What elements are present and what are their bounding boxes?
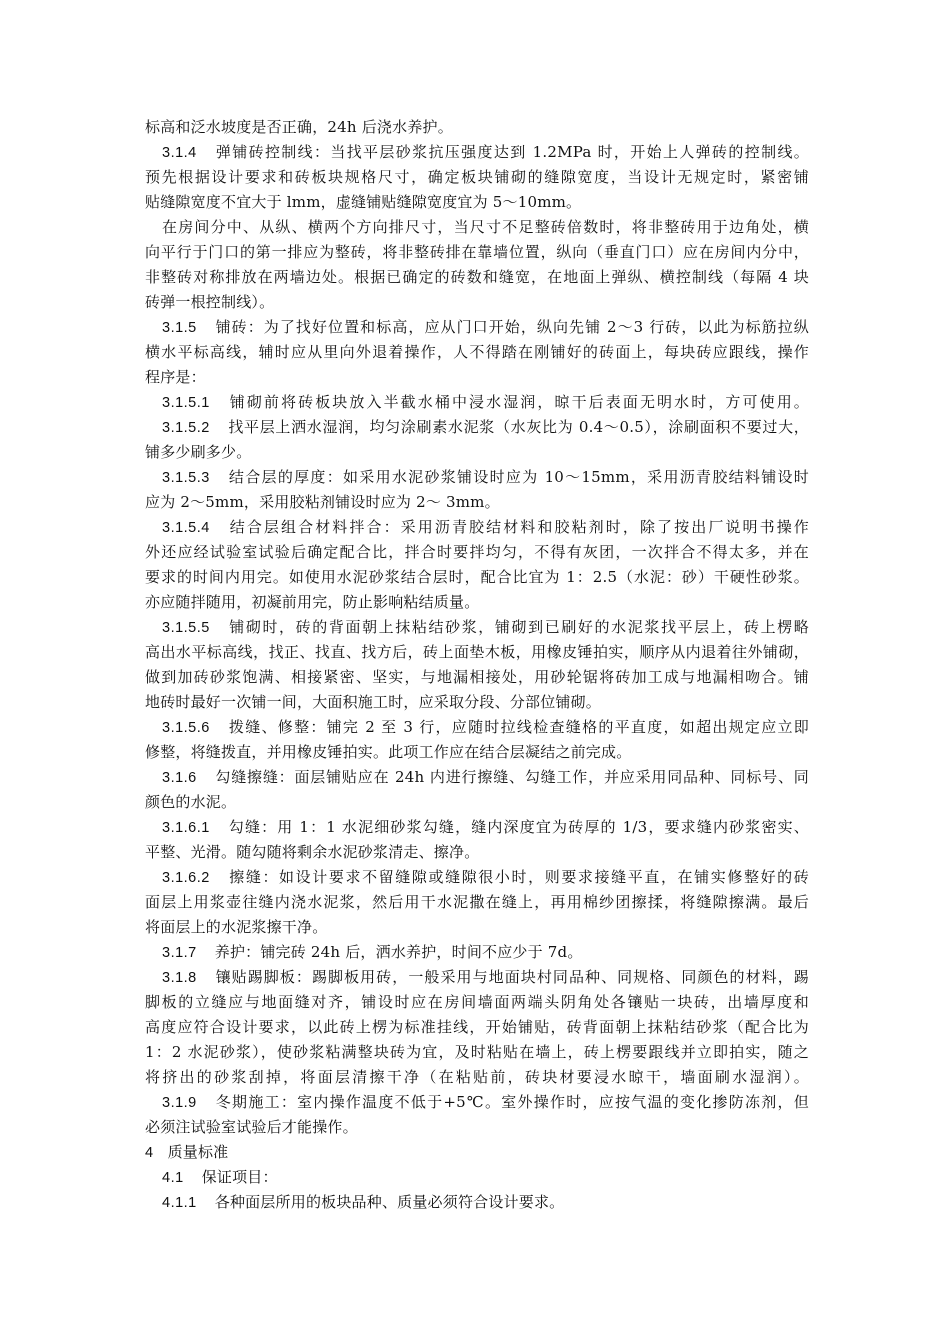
line-text: 镶贴踢脚板：踢脚板用砖，一般采用与地面块村同品种、同规格、同颜色的材料，踢	[215, 968, 809, 986]
line-text: 质量标准	[168, 1143, 229, 1161]
line-text: 各种面层所用的板块品种、质量必须符合设计要求。	[215, 1193, 565, 1211]
line-text: 保证项目：	[202, 1168, 278, 1186]
clause-number: 3.1.5.1	[162, 395, 210, 411]
line-text: 将挤出的砂浆刮掉，将面层清擦干净（在粘贴前，砖块材要浸水晾干，墙面刷水湿润）。	[145, 1068, 809, 1086]
clause-number: 3.1.5.6	[162, 720, 210, 736]
line-text: 脚板的立缝应与地面缝对齐，铺设时应在房间墙面两端头阴角处各镶贴一块砖，出墙厚度和	[145, 993, 809, 1011]
text-line: 平整、光滑。随勾随将剩余水泥砂浆清走、擦净。	[145, 842, 809, 862]
line-text: 将面层上的水泥浆擦干净。	[145, 918, 327, 936]
clause-line: 4.1.1各种面层所用的板块品种、质量必须符合设计要求。	[162, 1192, 809, 1213]
text-line: 预先根据设计要求和砖板块规格尺寸，确定板块铺砌的缝隙宽度，当设计无规定时，紧密铺	[145, 167, 809, 187]
text-line: 程序是：	[145, 367, 809, 387]
text-line: 将面层上的水泥浆擦干净。	[145, 917, 809, 937]
line-text: 铺多少刷多少。	[145, 443, 251, 461]
clause-line: 3.1.6勾缝擦缝：面层铺贴应在 24h 内进行擦缝、勾缝工作，并应采用同品种、…	[162, 767, 809, 788]
line-text: 1：2 水泥砂浆），使砂浆粘满整块砖为宜，及时粘贴在墙上，砖上楞要跟线并立即拍实…	[145, 1043, 809, 1061]
clause-number: 4.1.1	[162, 1195, 197, 1211]
line-text: 非整砖对称排放在两墙边处。根据已确定的砖数和缝宽，在地面上弹纵、横控制线（每隔 …	[145, 268, 809, 286]
text-line: 做到加砖砂浆饱满、相接紧密、坚实，与地漏相接处，用砂轮锯将砖加工成与地漏相吻合。…	[145, 667, 809, 687]
clause-line: 3.1.8镶贴踢脚板：踢脚板用砖，一般采用与地面块村同品种、同规格、同颜色的材料…	[162, 967, 809, 988]
document-page: 标高和泛水坡度是否正确，24h 后浇水养护。3.1.4弹铺砖控制线：当找平层砂浆…	[0, 0, 950, 1344]
line-text: 必须注试验室试验后才能操作。	[145, 1118, 358, 1136]
section-heading: 4质量标准	[145, 1142, 809, 1163]
clause-number: 3.1.5.2	[162, 420, 210, 436]
line-text: 拨缝、修整：铺完 2 至 3 行，应随时拉线检查缝格的平直度，如超出规定应立即	[228, 718, 809, 736]
text-line: 高度应符合设计要求，以此砖上楞为标准挂线，开始铺贴，砖背面朝上抹粘结砂浆（配合比…	[145, 1017, 809, 1037]
clause-number: 3.1.6.2	[162, 870, 210, 886]
clause-number: 3.1.7	[162, 945, 197, 961]
line-text: 面层上用浆壶往缝内浇水泥浆，然后用干水泥撒在缝上，再用棉纱团擦揉，将缝隙擦满。最…	[145, 893, 809, 911]
line-text: 冬期施工：室内操作温度不低于+5℃。室外操作时，应按气温的变化掺防冻剂，但	[215, 1093, 809, 1111]
line-text: 颜色的水泥。	[145, 793, 236, 811]
clause-line: 3.1.4弹铺砖控制线：当找平层砂浆抗压强度达到 1.2MPa 时，开始上人弹砖…	[162, 142, 809, 163]
line-text: 铺砌时，砖的背面朝上抹粘结砂浆，铺砌到已刷好的水泥浆找平层上，砖上楞略	[228, 618, 809, 636]
line-text: 在房间分中、从纵、横两个方向排尺寸，当尺寸不足整砖倍数时，将非整砖用于边角处，横	[162, 218, 809, 236]
line-text: 结合层的厚度：如采用水泥砂浆铺设时应为 10～15mm，采用沥青胶结料铺设时	[228, 468, 809, 486]
text-line: 外还应经试验室试验后确定配合比，拌合时要拌均匀，不得有灰团，一次拌合不得太多，并…	[145, 542, 809, 562]
clause-line: 3.1.5.6拨缝、修整：铺完 2 至 3 行，应随时拉线检查缝格的平直度，如超…	[162, 717, 809, 738]
text-line: 标高和泛水坡度是否正确，24h 后浇水养护。	[145, 117, 809, 137]
clause-line: 3.1.5.1铺砌前将砖板块放入半截水桶中浸水湿润，晾干后表面无明水时，方可使用…	[162, 392, 809, 413]
line-text: 砖弹一根控制线）。	[145, 293, 274, 311]
text-line: 1：2 水泥砂浆），使砂浆粘满整块砖为宜，及时粘贴在墙上，砖上楞要跟线并立即拍实…	[145, 1042, 809, 1062]
text-line: 修整，将缝拨直，并用橡皮锤拍实。此项工作应在结合层凝结之前完成。	[145, 742, 809, 762]
clause-number: 3.1.5.5	[162, 620, 210, 636]
clause-number: 3.1.5	[162, 320, 197, 336]
line-text: 修整，将缝拨直，并用橡皮锤拍实。此项工作应在结合层凝结之前完成。	[145, 743, 631, 761]
text-line: 应为 2～5mm，采用胶粘剂铺设时应为 2～ 3mm。	[145, 492, 809, 512]
text-line: 脚板的立缝应与地面缝对齐，铺设时应在房间墙面两端头阴角处各镶贴一块砖，出墙厚度和	[145, 992, 809, 1012]
text-line: 地砖时最好一次铺一间，大面积施工时，应采取分段、分部位铺砌。	[145, 692, 809, 712]
line-text: 铺砖：为了找好位置和标高，应从门口开始，纵向先铺 2～3 行砖，以此为标筋拉纵	[215, 318, 809, 336]
clause-line: 3.1.7养护：铺完砖 24h 后，洒水养护，时间不应少于 7d。	[162, 942, 809, 963]
line-text: 标高和泛水坡度是否正确，24h 后浇水养护。	[145, 118, 453, 136]
line-text: 高出水平标高线，找正、找直、找方后，砖上面垫木板，用橡皮锤拍实，顺序从内退着往外…	[145, 643, 809, 661]
clause-number: 3.1.5.4	[162, 520, 210, 536]
text-line: 亦应随拌随用，初凝前用完，防止影响粘结质量。	[145, 592, 809, 612]
line-text: 做到加砖砂浆饱满、相接紧密、坚实，与地漏相接处，用砂轮锯将砖加工成与地漏相吻合。…	[145, 668, 809, 686]
text-line: 颜色的水泥。	[145, 792, 809, 812]
text-line: 必须注试验室试验后才能操作。	[145, 1117, 809, 1137]
line-text: 铺砌前将砖板块放入半截水桶中浸水湿润，晾干后表面无明水时，方可使用。	[228, 393, 809, 411]
text-line: 面层上用浆壶往缝内浇水泥浆，然后用干水泥撒在缝上，再用棉纱团擦揉，将缝隙擦满。最…	[145, 892, 809, 912]
line-text: 高度应符合设计要求，以此砖上楞为标准挂线，开始铺贴，砖背面朝上抹粘结砂浆（配合比…	[145, 1018, 809, 1036]
clause-number: 3.1.8	[162, 970, 197, 986]
clause-number: 3.1.6.1	[162, 820, 210, 836]
line-text: 勾缝擦缝：面层铺贴应在 24h 内进行擦缝、勾缝工作，并应采用同品种、同标号、同	[215, 768, 809, 786]
line-text: 程序是：	[145, 368, 206, 386]
line-text: 贴缝隙宽度不宜大于 lmm，虚缝铺贴缝隙宽度宜为 5～10mm。	[145, 193, 581, 211]
clause-number: 4.1	[162, 1170, 184, 1186]
text-line: 高出水平标高线，找正、找直、找方后，砖上面垫木板，用橡皮锤拍实，顺序从内退着往外…	[145, 642, 809, 662]
clause-line: 4.1保证项目：	[162, 1167, 809, 1188]
clause-number: 4	[145, 1145, 154, 1161]
clause-number: 3.1.9	[162, 1095, 197, 1111]
clause-line: 3.1.5.3结合层的厚度：如采用水泥砂浆铺设时应为 10～15mm，采用沥青胶…	[162, 467, 809, 488]
line-text: 横水平标高线，辅时应从里向外退着操作，人不得踏在刚铺好的砖面上，每块砖应跟线，操…	[145, 343, 809, 361]
text-line: 要求的时间内用完。如使用水泥砂浆结合层时，配合比宜为 1：2.5（水泥：砂）干硬…	[145, 567, 809, 587]
line-text: 弹铺砖控制线：当找平层砂浆抗压强度达到 1.2MPa 时，开始上人弹砖的控制线。	[215, 143, 809, 161]
line-text: 预先根据设计要求和砖板块规格尺寸，确定板块铺砌的缝隙宽度，当设计无规定时，紧密铺	[145, 168, 809, 186]
clause-line: 3.1.5.4结合层组合材料拌合：采用沥青胶结材料和胶粘剂时，除了按出厂说明书操…	[162, 517, 809, 538]
clause-line: 3.1.9冬期施工：室内操作温度不低于+5℃。室外操作时，应按气温的变化掺防冻剂…	[162, 1092, 809, 1113]
line-text: 应为 2～5mm，采用胶粘剂铺设时应为 2～ 3mm。	[145, 493, 500, 511]
line-text: 找平层上洒水湿润，均匀涂刷素水泥浆（水灰比为 0.4～0.5），涂刷面积不要过大…	[228, 418, 809, 436]
text-line: 贴缝隙宽度不宜大于 lmm，虚缝铺贴缝隙宽度宜为 5～10mm。	[145, 192, 809, 212]
line-text: 地砖时最好一次铺一间，大面积施工时，应采取分段、分部位铺砌。	[145, 693, 601, 711]
text-line: 在房间分中、从纵、横两个方向排尺寸，当尺寸不足整砖倍数时，将非整砖用于边角处，横	[162, 217, 809, 237]
text-line: 横水平标高线，辅时应从里向外退着操作，人不得踏在刚铺好的砖面上，每块砖应跟线，操…	[145, 342, 809, 362]
line-text: 平整、光滑。随勾随将剩余水泥砂浆清走、擦净。	[145, 843, 479, 861]
line-text: 养护：铺完砖 24h 后，洒水养护，时间不应少于 7d。	[215, 943, 583, 961]
clause-line: 3.1.5铺砖：为了找好位置和标高，应从门口开始，纵向先铺 2～3 行砖，以此为…	[162, 317, 809, 338]
clause-line: 3.1.6.2擦缝：如设计要求不留缝隙或缝隙很小时，则要求接缝平直，在铺实修整好…	[162, 867, 809, 888]
line-text: 亦应随拌随用，初凝前用完，防止影响粘结质量。	[145, 593, 479, 611]
clause-number: 3.1.4	[162, 145, 197, 161]
text-line: 砖弹一根控制线）。	[145, 292, 809, 312]
text-line: 向平行于门口的第一排应为整砖，将非整砖排在靠墙位置，纵向（垂直门口）应在房间内分…	[145, 242, 809, 262]
text-line: 非整砖对称排放在两墙边处。根据已确定的砖数和缝宽，在地面上弹纵、横控制线（每隔 …	[145, 267, 809, 287]
line-text: 要求的时间内用完。如使用水泥砂浆结合层时，配合比宜为 1：2.5（水泥：砂）干硬…	[145, 568, 809, 586]
line-text: 外还应经试验室试验后确定配合比，拌合时要拌均匀，不得有灰团，一次拌合不得太多，并…	[145, 543, 809, 561]
line-text: 向平行于门口的第一排应为整砖，将非整砖排在靠墙位置，纵向（垂直门口）应在房间内分…	[145, 243, 809, 261]
clause-number: 3.1.5.3	[162, 470, 210, 486]
line-text: 擦缝：如设计要求不留缝隙或缝隙很小时，则要求接缝平直，在铺实修整好的砖	[228, 868, 809, 886]
line-text: 结合层组合材料拌合：采用沥青胶结材料和胶粘剂时，除了按出厂说明书操作	[228, 518, 809, 536]
clause-line: 3.1.5.2找平层上洒水湿润，均匀涂刷素水泥浆（水灰比为 0.4～0.5），涂…	[162, 417, 809, 438]
text-line: 将挤出的砂浆刮掉，将面层清擦干净（在粘贴前，砖块材要浸水晾干，墙面刷水湿润）。	[145, 1067, 809, 1087]
clause-line: 3.1.6.1勾缝：用 1：1 水泥细砂浆勾缝，缝内深度宜为砖厚的 1/3，要求…	[162, 817, 809, 838]
clause-number: 3.1.6	[162, 770, 197, 786]
text-line: 铺多少刷多少。	[145, 442, 809, 462]
clause-line: 3.1.5.5铺砌时，砖的背面朝上抹粘结砂浆，铺砌到已刷好的水泥浆找平层上，砖上…	[162, 617, 809, 638]
line-text: 勾缝：用 1：1 水泥细砂浆勾缝，缝内深度宜为砖厚的 1/3，要求缝内砂浆密实、	[228, 818, 809, 836]
